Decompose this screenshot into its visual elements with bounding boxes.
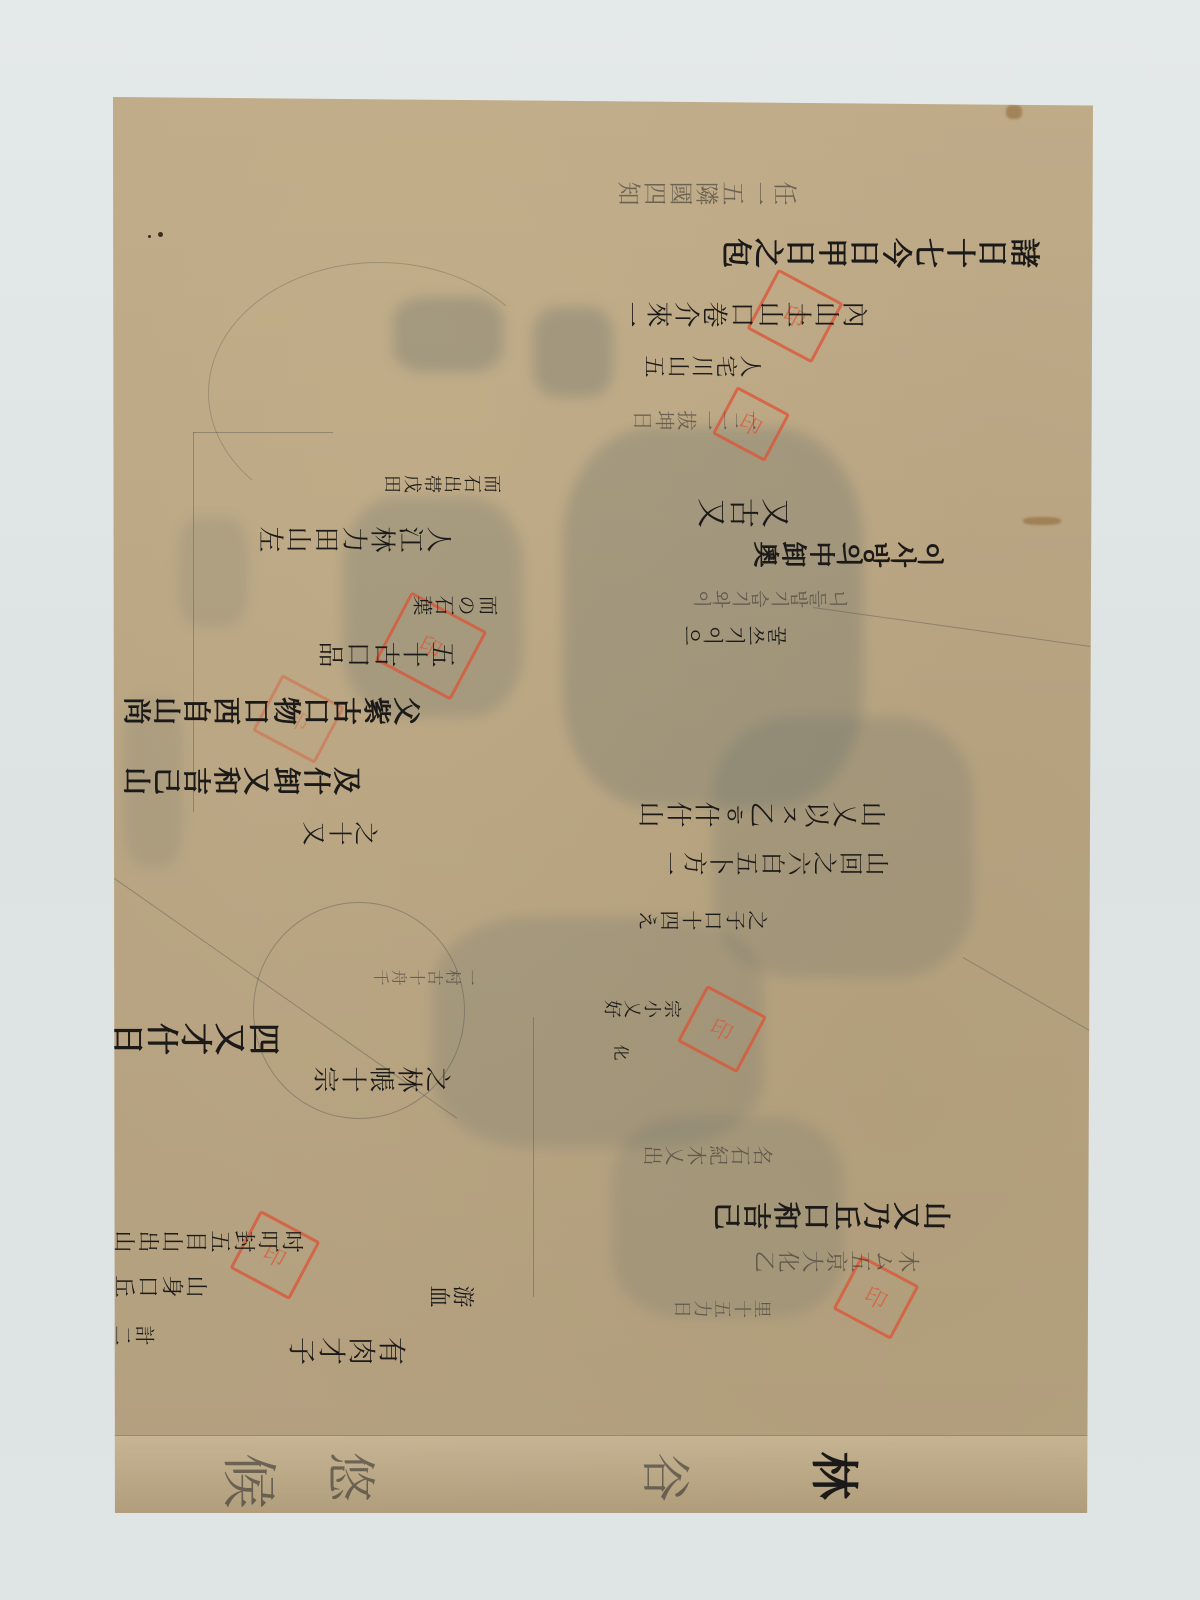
calligraphy-line: 候	[223, 1442, 281, 1513]
calligraphy-line: 五山川宅人	[643, 352, 763, 383]
calligraphy-line: 葉石の而	[413, 592, 501, 621]
aged-paper-sheet: 印 印 印 印 印 印 印 知四國隣五一任 包之日甲日今七十日諸 一來介卷口山土…	[113, 97, 1093, 1513]
calligraphy-line: 又十之	[303, 817, 381, 852]
calligraphy-line: 丘口身山	[113, 1272, 209, 1303]
sketch-line	[193, 432, 194, 812]
calligraphy-line: 으이기쓰꿀	[683, 622, 790, 651]
calligraphy-line: 田戊帯出石而	[383, 472, 503, 498]
calligraphy-line: 子才肉有	[288, 1332, 408, 1372]
calligraphy-line: 谷	[643, 1442, 695, 1513]
calligraphy-line: 乙化大京五ム木	[753, 1247, 921, 1278]
sketch-line	[533, 1017, 534, 1297]
calligraphy-line: 千舟十古村一	[373, 967, 481, 990]
calligraphy-line: 又 古 又	[698, 492, 794, 536]
calligraphy-line: 山出山目五封叮吋	[113, 1227, 305, 1258]
calligraphy-line: 尚山自西口物口古紫父	[123, 692, 423, 732]
sketch-line	[963, 957, 1093, 1038]
calligraphy-line: 出乂木紀石名	[643, 1142, 775, 1171]
calligraphy-line: 左山田力林江人	[258, 522, 454, 559]
calligraphy-line: 二計	[113, 1322, 157, 1351]
calligraphy-line: 知四國隣五一任	[618, 177, 800, 212]
calligraphy-line: 己吉和口丘乃又山	[713, 1197, 953, 1237]
calligraphy-line: 好乂小宗	[603, 997, 683, 1023]
calligraphy-line: 化	[613, 1042, 631, 1065]
calligraphy-line: 日坤拔一二一	[633, 407, 765, 436]
calligraphy-line: 이와기습기 밥들니	[693, 587, 848, 613]
calligraphy-line: 宗十帳林之	[313, 1062, 453, 1099]
calligraphy-line: 日什才又四	[113, 1017, 283, 1063]
calligraphy-line: 悠	[328, 1442, 380, 1513]
calligraphy-line: 品口古十五	[318, 637, 458, 674]
brown-stain	[1023, 517, 1061, 525]
calligraphy-line: 日力五十里	[673, 1297, 773, 1323]
calligraphy-line: 血游	[428, 1282, 476, 1313]
calligraphy-line: 一來介卷口山土山內	[618, 297, 870, 334]
calligraphy-line: 林	[813, 1442, 863, 1511]
ink-speck	[148, 235, 151, 238]
calligraphy-line: 山什什ㅎ乙ㅈ以乂山	[638, 797, 888, 834]
print-bleed-shape	[178, 517, 248, 627]
calligraphy-line: え四十口子之	[638, 907, 770, 936]
calligraphy-line: 一方卜五白六之回山	[658, 847, 892, 882]
calligraphy-line: 包之日甲日今七十日諸	[723, 232, 1043, 276]
calligraphy-line: 奧卸中의방사이	[753, 537, 946, 574]
ink-speck	[158, 232, 163, 237]
calligraphy-line: 山己吉和又卸什及	[123, 762, 363, 802]
sketch-line	[193, 432, 333, 433]
brown-stain	[1006, 105, 1022, 119]
